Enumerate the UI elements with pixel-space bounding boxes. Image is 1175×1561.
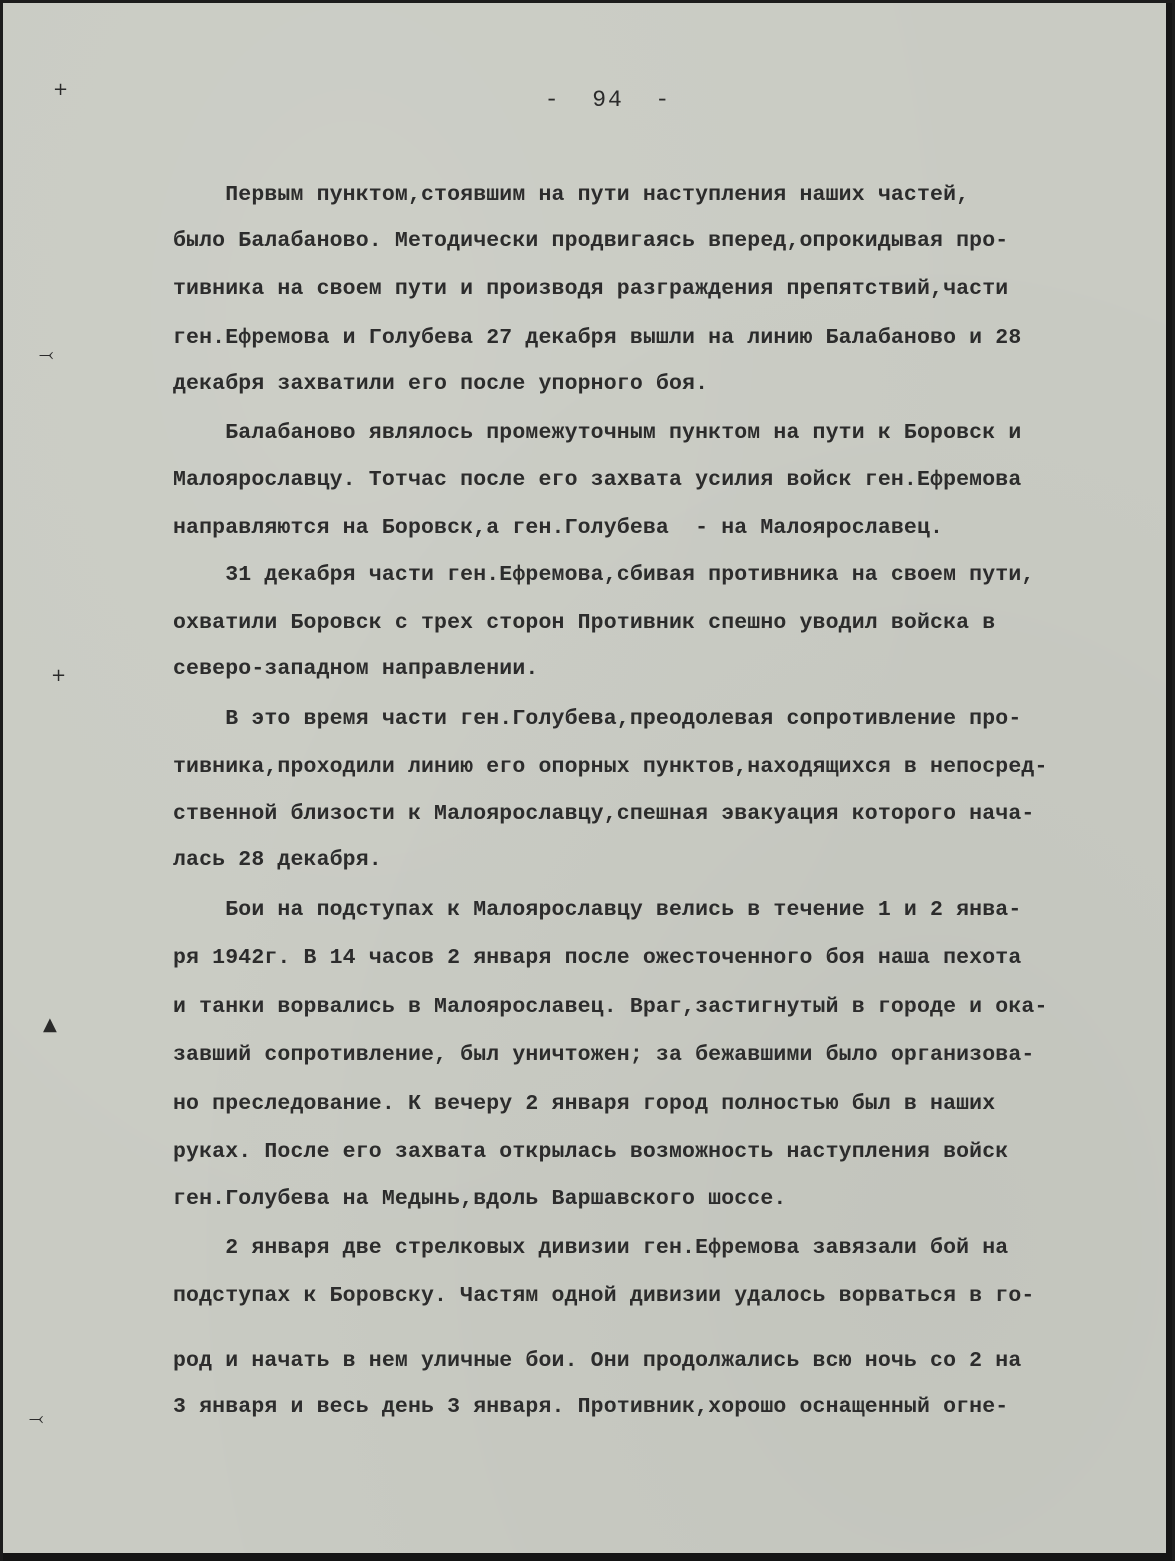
punch-hole-icon: + [53, 81, 68, 99]
punch-hole-icon: ⤙ [29, 1410, 43, 1428]
text-line: Первым пунктом,стоявшим на пути наступле… [173, 183, 969, 207]
text-line: ственной близости к Малоярославцу,спешна… [173, 802, 1034, 826]
text-line: 3 января и весь день 3 января. Противник… [173, 1395, 1008, 1419]
document-page: - 94 - Первым пунктом,стоявшим на пути н… [3, 3, 1172, 1561]
text-line: В это время части ген.Голубева,преодолев… [173, 707, 1021, 731]
text-line: охватили Боровск с трех сторон Противник… [173, 611, 995, 635]
text-line: подступах к Боровску. Частям одной дивиз… [173, 1284, 1034, 1308]
text-line: 31 декабря части ген.Ефремова,сбивая про… [173, 563, 1034, 587]
text-line: Малоярославцу. Тотчас после его захвата … [173, 468, 1021, 492]
text-line: и танки ворвались в Малоярославец. Враг,… [173, 995, 1048, 1019]
text-line: направляются на Боровск,а ген.Голубева -… [173, 516, 943, 540]
text-line: было Балабаново. Методически продвигаясь… [173, 229, 1008, 253]
text-line: Бои на подступах к Малоярославцу велись … [173, 898, 1021, 922]
text-line: завший сопротивление, был уничтожен; за … [173, 1043, 1034, 1067]
text-line: северо-западном направлении. [173, 657, 538, 681]
punch-hole-icon: ▲ [43, 1016, 57, 1034]
page-number: - 94 - [3, 87, 1175, 113]
text-line: тивника на своем пути и производя разгра… [173, 277, 1008, 301]
text-line: ря 1942г. В 14 часов 2 января после ожес… [173, 946, 1021, 970]
text-line: декабря захватили его после упорного боя… [173, 372, 708, 396]
text-line: тивника,проходили линию его опорных пунк… [173, 755, 1048, 779]
punch-hole-icon: + [51, 667, 66, 685]
text-line: руках. После его захвата открылась возмо… [173, 1140, 1008, 1164]
text-line: ген.Ефремова и Голубева 27 декабря вышли… [173, 326, 1021, 350]
text-line: 2 января две стрелковых дивизии ген.Ефре… [173, 1236, 1008, 1260]
text-line: ген.Голубева на Медынь,вдоль Варшавского… [173, 1187, 786, 1211]
text-line: но преследование. К вечеру 2 января горо… [173, 1092, 995, 1116]
text-line: Балабаново являлось промежуточным пункто… [173, 421, 1021, 445]
text-line: лась 28 декабря. [173, 848, 382, 872]
punch-hole-icon: ⤙ [39, 346, 53, 364]
text-line: род и начать в нем уличные бои. Они прод… [173, 1349, 1021, 1373]
